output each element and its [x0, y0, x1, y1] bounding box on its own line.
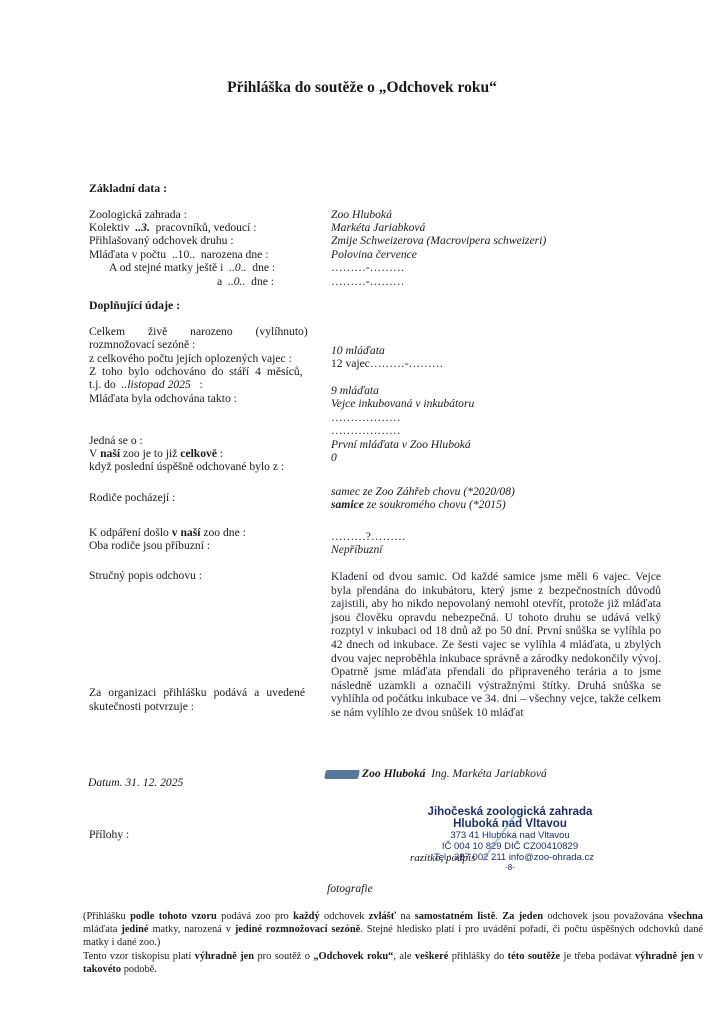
footer-fragment: matky, narozená v [149, 924, 235, 935]
stamp-line3: 373 41 Hluboká nad Vltavou [410, 830, 610, 841]
born-total-text: Celkem živě narozeno (vylíhnuto) [89, 325, 308, 339]
value-mating-date: ………?……… [331, 530, 406, 544]
label-zoo: Zoologická zahrada : [89, 208, 187, 222]
team-post: pracovníků, vedoucí : [156, 221, 257, 234]
stamp-caption: razítko, podpis [410, 852, 475, 866]
label-mating: K odpáření došlo v naší zoo dne : [89, 526, 246, 540]
label-description: Stručný popis odchovu : [89, 569, 202, 583]
total-post: : [220, 447, 223, 460]
signature-person: Ing. Markéta Jariabková [431, 767, 547, 780]
stamp-line1: Jihočeská zoologická zahrada [410, 806, 610, 818]
label-parents: Rodiče pocházejí : [89, 491, 175, 505]
description-text: Kladení od dvou samic. Od každé samice j… [331, 570, 661, 720]
ink-scribble-icon [324, 770, 360, 779]
footer-fragment: pro soutěž o [254, 951, 313, 962]
until-post: : [199, 378, 202, 391]
until-date: ..listopad 2025 [122, 378, 191, 391]
team-pre: Kolektiv [89, 221, 130, 234]
label-species: Přihlašovaný odchovek druhu : [89, 234, 234, 248]
footer-fragment: je třeba podávat [560, 951, 635, 962]
label-team: Kolektiv ..3. pracovníků, vedoucí : [89, 221, 256, 235]
total-pre: V [89, 447, 97, 460]
footer-fragment: podává zoo pro [217, 911, 293, 922]
label-last: když poslední úspěšně odchované bylo z : [89, 460, 284, 474]
label-raised: Z toho bylo odchováno do stáří 4 měsíců, [89, 365, 303, 379]
footer-note-1: (Přihlášku podle tohoto vzoru podává zoo… [83, 910, 703, 950]
same-mother-count2: ..0.. [228, 275, 245, 288]
signature-line: Zoo Hluboká Ing. Markéta Jariabková [325, 767, 547, 780]
value-method1: Vejce inkubovaná v inkubátoru [331, 397, 474, 411]
label-season: rozmnožovací sezóně : [89, 338, 195, 352]
footer-fragment: Za jeden [502, 911, 543, 922]
total-bold2: celkově [180, 447, 217, 460]
signature-org: Zoo Hluboká [362, 767, 425, 780]
footer-fragment: mláďata [83, 924, 121, 935]
label-attachments: Přílohy : [89, 828, 129, 842]
value-method2: ……………… [331, 411, 401, 425]
label-concerns: Jedná se o : [89, 434, 143, 448]
footer-fragment: samostatném listě [415, 911, 496, 922]
footer-fragment: „Odchovek roku“ [313, 951, 393, 962]
same-mother-pre: A od stejné matky ještě i [109, 261, 223, 274]
mating-pre: K odpáření došlo [89, 526, 169, 539]
extra-data-heading: Doplňující údaje : [89, 298, 180, 313]
signature-date: Datum. 31. 12. 2025 [88, 776, 183, 790]
footer-fragment: odchovek [320, 911, 369, 922]
label-born-total: Celkem živě narozeno (vylíhnuto) [89, 325, 297, 339]
footer-fragment: jediné [121, 924, 148, 935]
label-until: t.j. do ..listopad 2025 : [89, 378, 203, 392]
footer-fragment: , ale [393, 951, 415, 962]
parent-female-bold: samice [331, 498, 364, 511]
footer-fragment: této soutěže [508, 951, 560, 962]
footer-fragment: výhradně jen [635, 951, 694, 962]
label-from-eggs: z celkového počtu jejích oplozených vaje… [89, 352, 292, 366]
value-parent-male: samec ze Zoo Záhřeb chovu (*2020/08) [331, 485, 515, 499]
footer-fragment: přihlášky do [448, 951, 507, 962]
young-post: narozena dne : [201, 248, 269, 261]
value-related: Nepříbuzní [331, 543, 383, 557]
footer-fragment: (Přihlášku [83, 911, 130, 922]
and-post: dne : [251, 275, 274, 288]
footer-fragment: jediné rozmnožovací sezóně [235, 924, 360, 935]
footer-note-2: Tento vzor tiskopisu platí výhradně jen … [83, 950, 703, 976]
value-leader: Markéta Jariabková [331, 221, 425, 235]
footer-fragment: podobě. [121, 964, 157, 975]
label-same-mother: A od stejné matky ještě i ..0.. dne : [109, 261, 275, 275]
basic-data-heading: Základní data : [89, 181, 167, 196]
young-count: ..10.. [172, 248, 195, 261]
value-concerns: První mláďata v Zoo Hluboká [331, 438, 471, 452]
value-date2: ………-……… [331, 261, 404, 275]
value-species: Zmije Schweizerova (Macrovipera schweize… [331, 234, 546, 248]
footer-fragment: zvlášť [369, 911, 396, 922]
value-eggs: 12 vajec………-……… [331, 357, 443, 371]
total-bold1: naší [100, 447, 120, 460]
label-and: a ..0.. dne : [217, 275, 274, 289]
label-related: Oba rodiče jsou příbuzní : [89, 539, 210, 553]
footer-fragment: na [396, 911, 415, 922]
parent-female-rest: ze soukromého chovu (*2015) [364, 498, 506, 511]
value-born: Polovina července [331, 248, 417, 262]
value-method3: ……………… [331, 424, 401, 438]
value-raised: 9 mláďata [331, 384, 379, 398]
footer-fragment: všechna [668, 911, 703, 922]
same-mother-count1: ..0.. [229, 261, 246, 274]
value-attachments: fotografie [327, 882, 373, 896]
label-confirm: Za organizaci přihlášku podává a uvedené… [89, 686, 305, 713]
value-born-total: 10 mláďata [331, 344, 385, 358]
footer-fragment: podle tohoto vzoru [130, 911, 217, 922]
value-date3: ………-……… [331, 275, 404, 289]
value-parent-female: samice ze soukromého chovu (*2015) [331, 498, 506, 512]
label-total: V naší zoo je to již celkově : [89, 447, 223, 461]
page-title: Přihláška do soutěže o „Odchovek roku“ [0, 79, 724, 97]
total-mid: zoo je to již [123, 447, 177, 460]
mating-post: zoo dne : [203, 526, 246, 539]
footer-fragment: každý [293, 911, 320, 922]
young-pre: Mláďata v počtu [89, 248, 166, 261]
value-total: 0 [331, 451, 337, 465]
footer-fragment: takovéto [83, 964, 121, 975]
mating-bold: v naší [172, 526, 201, 539]
footer-fragment: Tento vzor tiskopisu platí [83, 951, 195, 962]
value-zoo: Zoo Hluboká [331, 208, 392, 222]
team-count: ..3. [135, 221, 150, 234]
footer-fragment: v [694, 951, 703, 962]
label-young: Mláďata v počtu ..10.. narozena dne : [89, 248, 268, 262]
until-pre: t.j. do [89, 378, 116, 391]
and-pre: a [217, 275, 222, 288]
label-method: Mláďata byla odchována takto : [89, 392, 237, 406]
stamp-line4: IČ 004 10 829 DIČ CZ00410829 [410, 841, 610, 852]
same-mother-post: dne : [252, 261, 275, 274]
footer-fragment: veškeré [415, 951, 448, 962]
footer-fragment: odchovek jsou považována [543, 911, 668, 922]
footer-fragment: výhradně jen [195, 951, 254, 962]
